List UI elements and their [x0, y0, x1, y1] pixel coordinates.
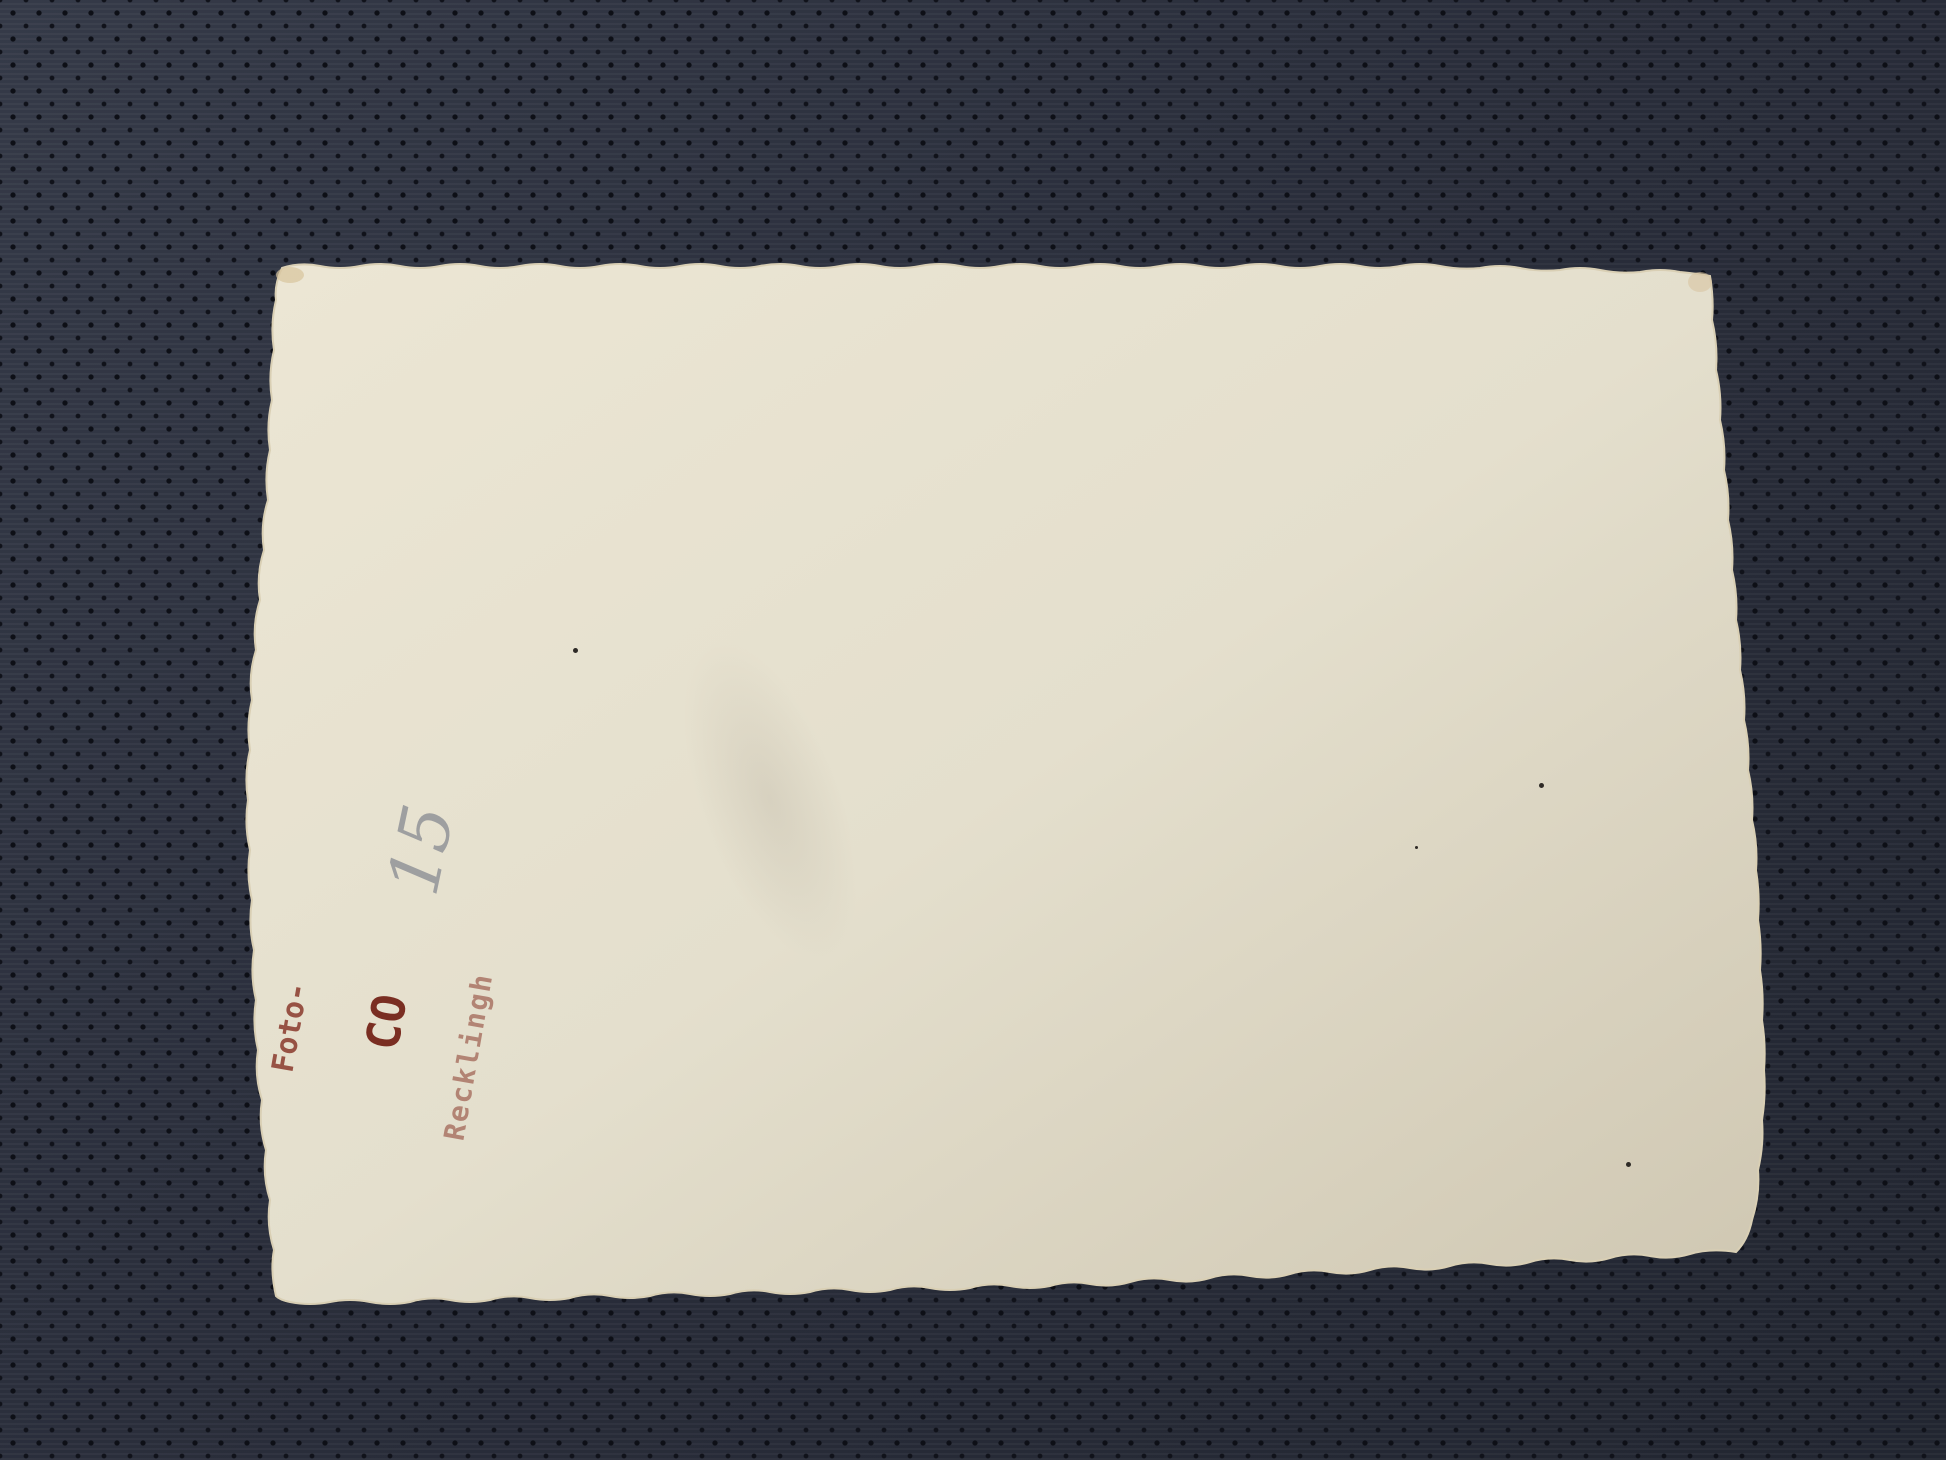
photo-card-back — [0, 0, 1946, 1460]
speck — [1539, 783, 1544, 788]
speck — [1415, 846, 1418, 849]
speck — [1626, 1162, 1631, 1167]
speck — [573, 648, 578, 653]
stamp-co-text: CO — [355, 990, 418, 1054]
